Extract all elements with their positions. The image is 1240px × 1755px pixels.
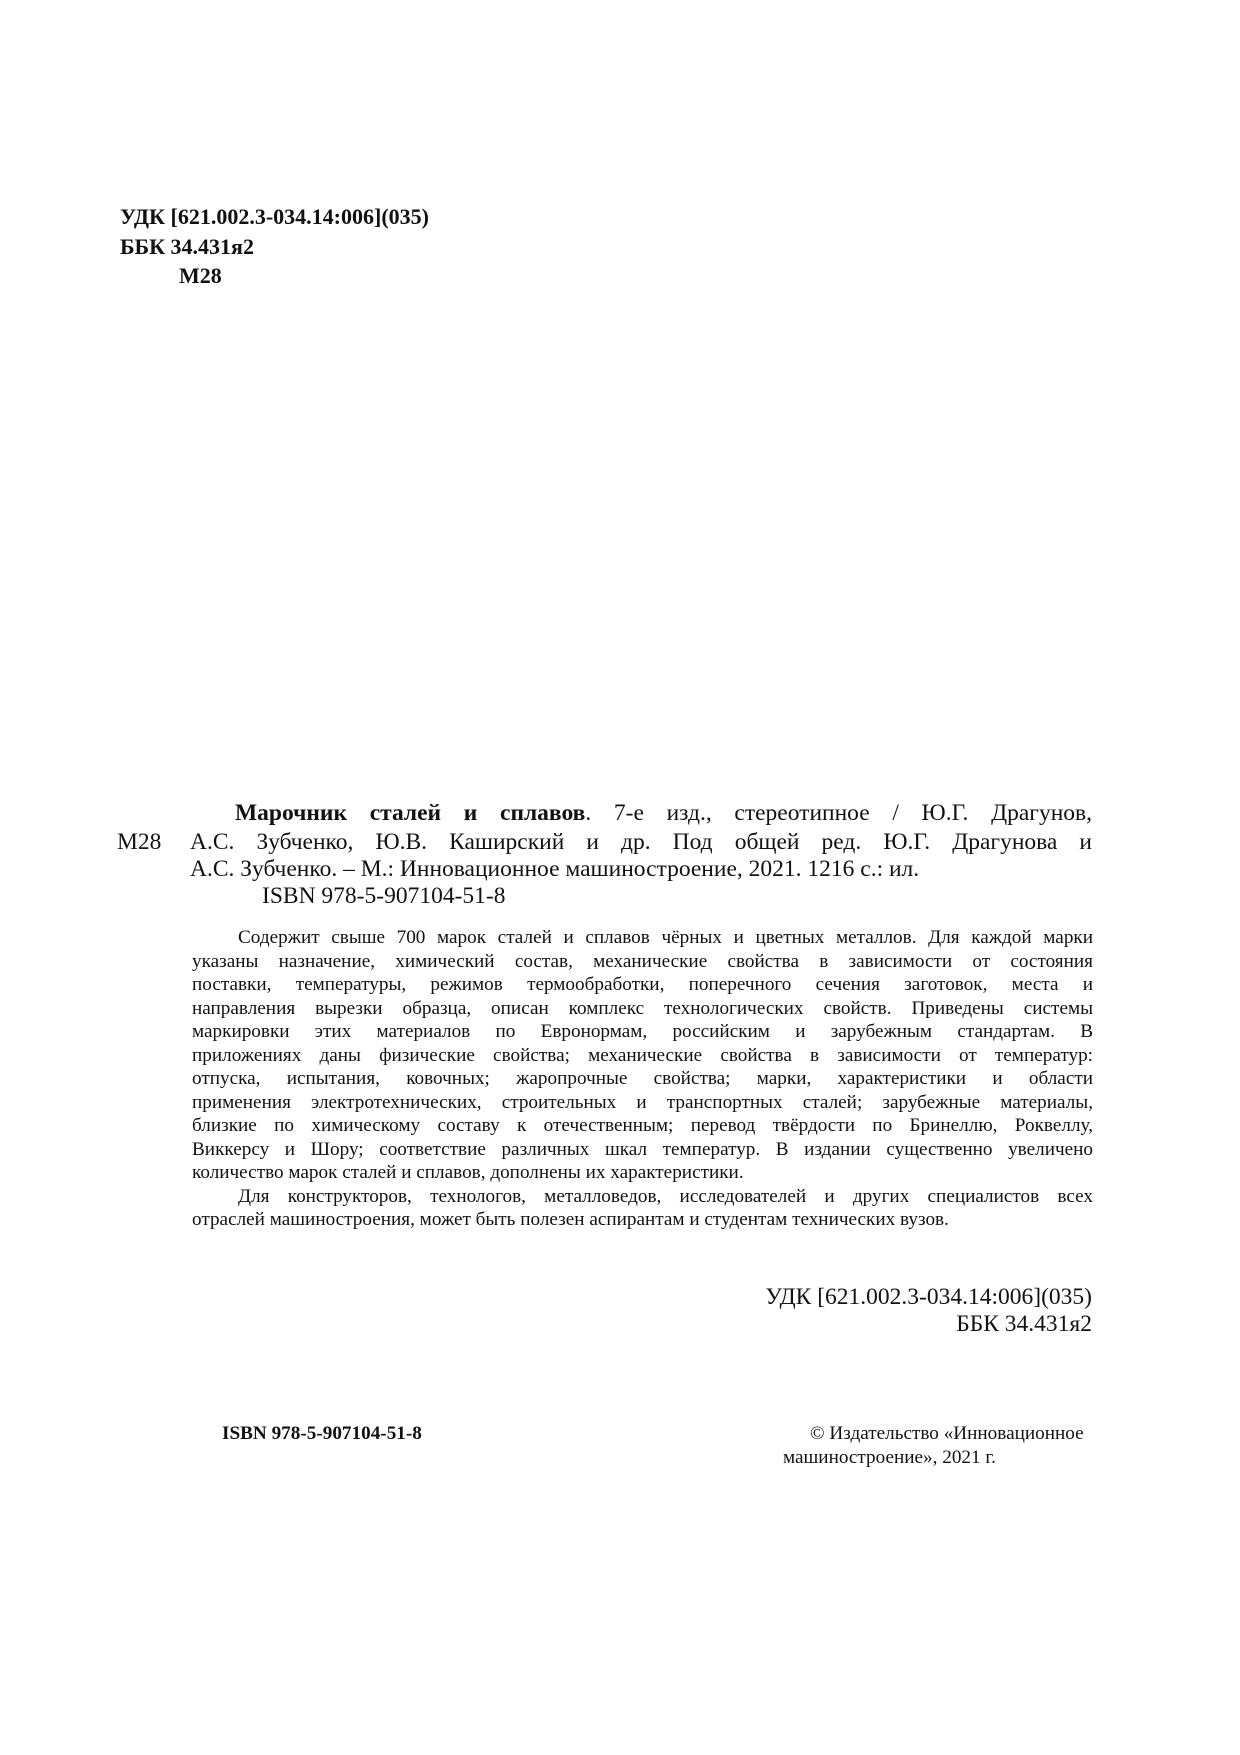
- annotation-line: Виккерсу и Шору; соответствие различных …: [192, 1138, 1093, 1162]
- bbk-header: ББК 34.431я2: [120, 233, 254, 260]
- annotation-line: количество марок сталей и сплавов, допол…: [192, 1161, 744, 1185]
- author-sign-header: М28: [179, 262, 222, 289]
- bib-line-1: Марочник сталей и сплавов. 7-е изд., сте…: [235, 800, 1092, 827]
- annotation-line: Для конструкторов, технологов, металлове…: [238, 1185, 1093, 1209]
- bib-line-3: А.С. Зубченко. – М.: Инновационное машин…: [190, 856, 919, 883]
- author-sign: М28: [117, 829, 161, 856]
- udk-header: УДК [621.002.3-034.14:006](035): [120, 203, 429, 230]
- annotation-line: указаны назначение, химический состав, м…: [192, 950, 1093, 974]
- bib-isbn: ISBN 978-5-907104-51-8: [262, 883, 505, 910]
- copyright-line-2: машиностроение», 2021 г.: [783, 1446, 996, 1470]
- annotation-line: Содержит свыше 700 марок сталей и сплаво…: [238, 926, 1093, 950]
- bbk-right: ББК 34.431я2: [956, 1311, 1092, 1338]
- udk-right: УДК [621.002.3-034.14:006](035): [765, 1284, 1092, 1311]
- annotation-line: маркировки этих материалов по Евронормам…: [192, 1020, 1093, 1044]
- book-title: Марочник сталей и сплавов: [235, 800, 585, 826]
- copyright-line-1: © Издательство «Инновационное: [810, 1422, 1084, 1446]
- annotation-line: поставки, температуры, режимов термообра…: [192, 973, 1093, 997]
- annotation-line: применения электротехнических, строитель…: [192, 1091, 1093, 1115]
- footer-isbn: ISBN 978-5-907104-51-8: [222, 1423, 422, 1445]
- annotation-line: приложениях даны физические свойства; ме…: [192, 1044, 1093, 1068]
- annotation-line: близкие по химическому составу к отечест…: [192, 1114, 1093, 1138]
- annotation-line: направления вырезки образца, описан комп…: [192, 997, 1093, 1021]
- annotation-line: отраслей машиностроения, может быть поле…: [192, 1208, 949, 1232]
- annotation-line: отпуска, испытания, ковочных; жаропрочны…: [192, 1067, 1093, 1091]
- bib-line-2: А.С. Зубченко, Ю.В. Каширский и др. Под …: [190, 829, 1092, 856]
